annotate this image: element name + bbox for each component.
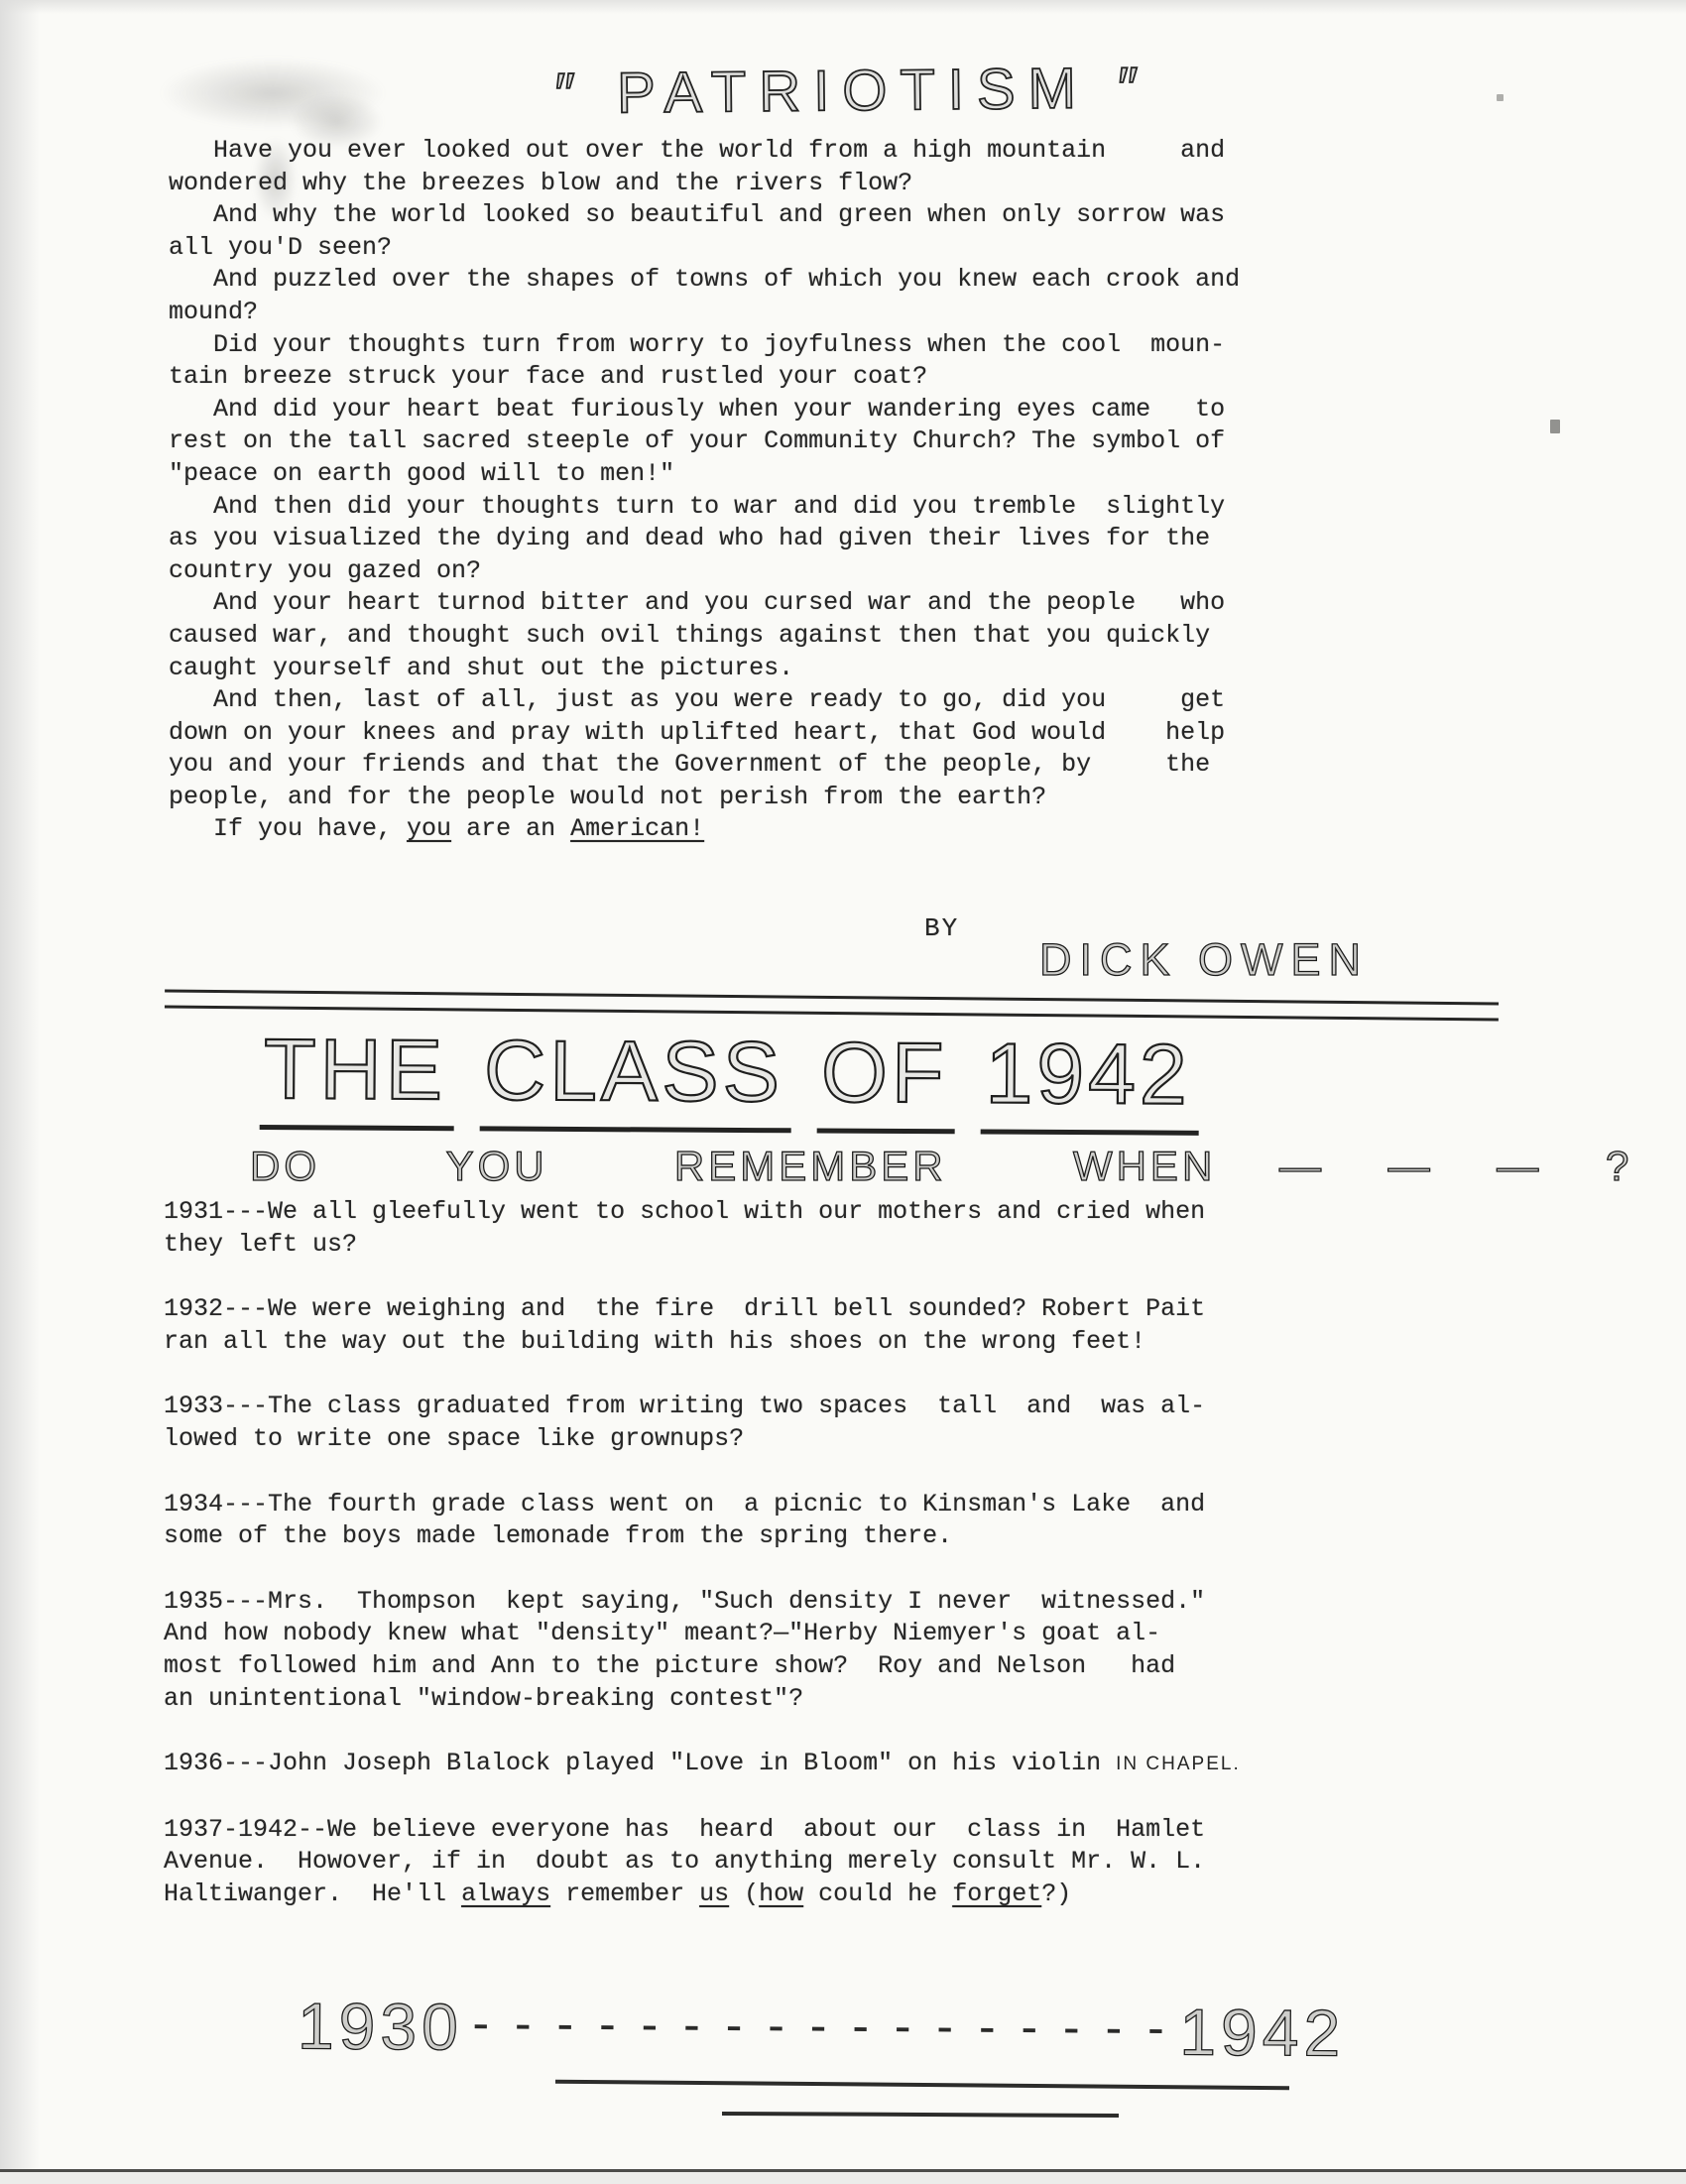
text-segment: ?) [1041, 1880, 1071, 1908]
text-line: 1933---The class graduated from writing … [164, 1391, 1241, 1423]
text-line: they left us? [164, 1229, 1241, 1262]
text-segment: they left us? [164, 1230, 357, 1259]
timeline-underline-short [722, 2112, 1119, 2118]
byline-label: BY [924, 912, 959, 945]
memories-list: 1931---We all gleefully went to school w… [164, 1196, 1241, 1944]
text-segment: 1931---We all gleefully went to school w… [164, 1197, 1205, 1226]
scan-speck [1497, 94, 1504, 101]
text-line: 1935---Mrs. Thompson kept saying, "Such … [164, 1586, 1241, 1619]
text-segment: country you gazed on? [169, 556, 481, 585]
memory-entry: 1935---Mrs. Thompson kept saying, "Such … [164, 1586, 1241, 1715]
handwritten-note: IN CHAPEL. [1116, 1754, 1241, 1774]
author-name: DICK OWEN [1039, 934, 1369, 986]
memory-entry: 1933---The class graduated from writing … [164, 1391, 1241, 1455]
text-line: Avenue. Howover, if in doubt as to anyth… [164, 1846, 1241, 1879]
text-line: 1936---John Joseph Blalock played "Love … [164, 1748, 1241, 1781]
text-segment: 1934---The fourth grade class went on a … [164, 1490, 1205, 1518]
text-segment: "peace on earth good will to men!" [169, 459, 674, 488]
text-segment: are an [451, 814, 570, 843]
text-segment: 1933---The class graduated from writing … [164, 1392, 1205, 1420]
text-line: lowed to write one space like grownups? [164, 1423, 1241, 1456]
text-segment: you and your friends and that the Govern… [169, 750, 1210, 779]
text-segment: most followed him and Ann to the picture… [164, 1651, 1175, 1680]
text-segment: rest on the tall sacred steeple of your … [169, 426, 1225, 455]
text-segment: And why the world looked so beautiful an… [169, 200, 1225, 229]
text-segment: ( [729, 1880, 759, 1908]
text-line: And then, last of all, just as you were … [169, 684, 1240, 717]
text-line: 1932---We were weighing and the fire dri… [164, 1293, 1241, 1326]
text-line: caused war, and thought such ovil things… [169, 620, 1240, 653]
text-segment: 1936---John Joseph Blalock played "Love … [164, 1749, 1116, 1777]
text-segment: And then, last of all, just as you were … [169, 685, 1225, 714]
patriotism-title: ″ PATRIOTISM ″ [476, 54, 1231, 128]
text-line: all you'D seen? [169, 232, 1240, 265]
text-segment: Did your thoughts turn from worry to joy… [169, 330, 1225, 359]
heading-word: 1942 [981, 1025, 1199, 1135]
memory-entry: 1931---We all gleefully went to school w… [164, 1196, 1241, 1261]
text-segment: And your heart turnod bitter and you cur… [169, 588, 1225, 617]
text-segment: could he [803, 1880, 952, 1908]
text-line: And your heart turnod bitter and you cur… [169, 587, 1240, 620]
text-line: most followed him and Ann to the picture… [164, 1650, 1241, 1683]
text-segment: mound? [169, 298, 258, 326]
text-segment: as you visualized the dying and dead who… [169, 524, 1210, 552]
text-line: And why the world looked so beautiful an… [169, 199, 1240, 232]
text-segment: remember [550, 1880, 699, 1908]
text-line: tain breeze struck your face and rustled… [169, 361, 1240, 394]
text-segment: tain breeze struck your face and rustled… [169, 362, 927, 391]
text-segment: 1932---We were weighing and the fire dri… [164, 1294, 1205, 1323]
text-line: Have you ever looked out over the world … [169, 135, 1240, 168]
text-segment: Haltiwanger. He'll [164, 1880, 461, 1908]
text-line: ran all the way out the building with hi… [164, 1326, 1241, 1359]
text-segment: an unintentional "window-breaking contes… [164, 1684, 803, 1713]
text-line: people, and for the people would not per… [169, 782, 1240, 814]
text-segment: ran all the way out the building with hi… [164, 1327, 1145, 1356]
text-segment: down on your knees and pray with uplifte… [169, 718, 1225, 747]
class-of-1942-heading: THECLASSOF1942 [260, 1021, 1225, 1136]
scan-speck [1550, 420, 1560, 433]
text-segment: caught yourself and shut out the picture… [169, 654, 793, 682]
text-line: as you visualized the dying and dead who… [169, 523, 1240, 555]
text-line: 1934---The fourth grade class went on a … [164, 1489, 1241, 1521]
timeline-start-year: 1930 [298, 1989, 463, 2063]
text-segment: wondered why the breezes blow and the ri… [169, 169, 912, 197]
text-segment: If you have, [169, 814, 407, 843]
text-line: mound? [169, 297, 1240, 329]
timeline-underline-long [555, 2080, 1289, 2090]
underlined-text: how [759, 1880, 803, 1908]
text-line: wondered why the breezes blow and the ri… [169, 168, 1240, 200]
scanned-document-page: ″ PATRIOTISM ″ Have you ever looked out … [0, 0, 1686, 2184]
scan-edge-bottom [0, 2169, 1686, 2184]
text-segment: some of the boys made lemonade from the … [164, 1521, 952, 1550]
text-segment: 1937-1942--We believe everyone has heard… [164, 1815, 1205, 1844]
text-line: Did your thoughts turn from worry to joy… [169, 329, 1240, 362]
text-line: an unintentional "window-breaking contes… [164, 1683, 1241, 1716]
memory-entry: 1932---We were weighing and the fire dri… [164, 1293, 1241, 1358]
text-segment: lowed to write one space like grownups? [164, 1424, 744, 1453]
text-line: some of the boys made lemonade from the … [164, 1520, 1241, 1553]
text-line: caught yourself and shut out the picture… [169, 653, 1240, 685]
heading-word: OF [817, 1024, 956, 1134]
text-line: If you have, you are an American! [169, 813, 1240, 846]
memory-entry: 1937-1942--We believe everyone has heard… [164, 1814, 1241, 1911]
underlined-text: American! [570, 814, 704, 843]
heading-word: CLASS [480, 1022, 792, 1133]
text-segment: And did your heart beat furiously when y… [169, 395, 1225, 424]
text-segment: And how nobody knew what "density" meant… [164, 1619, 1160, 1647]
text-line: And how nobody knew what "density" meant… [164, 1618, 1241, 1650]
timeline-dashes: - - - - - - - - - - - - - - - - - [472, 1996, 1170, 2056]
timeline-1930-1942: 1930 - - - - - - - - - - - - - - - - - 1… [298, 1988, 1346, 2070]
text-line: you and your friends and that the Govern… [169, 749, 1240, 782]
memory-entry: 1934---The fourth grade class went on a … [164, 1489, 1241, 1553]
patriotism-body: Have you ever looked out over the world … [169, 135, 1240, 846]
text-segment: And then did your thoughts turn to war a… [169, 492, 1225, 521]
underlined-text: us [699, 1880, 729, 1908]
text-segment: And puzzled over the shapes of towns of … [169, 265, 1240, 294]
text-line: down on your knees and pray with uplifte… [169, 717, 1240, 750]
heading-word: THE [260, 1021, 455, 1131]
text-line: 1937-1942--We believe everyone has heard… [164, 1814, 1241, 1847]
underlined-text: always [461, 1880, 550, 1908]
section-divider-rule [165, 990, 1499, 1022]
text-segment: 1935---Mrs. Thompson kept saying, "Such … [164, 1587, 1205, 1616]
scan-edge-left [0, 0, 40, 2184]
timeline-end-year: 1942 [1179, 1996, 1345, 2070]
text-line: Haltiwanger. He'll always remember us (h… [164, 1879, 1241, 1911]
underlined-text: you [407, 814, 451, 843]
text-line: And then did your thoughts turn to war a… [169, 491, 1240, 524]
underlined-text: forget [952, 1880, 1041, 1908]
text-segment: people, and for the people would not per… [169, 783, 1046, 811]
text-segment: Avenue. Howover, if in doubt as to anyth… [164, 1847, 1205, 1876]
scan-edge-top [0, 0, 1686, 14]
text-line: And puzzled over the shapes of towns of … [169, 264, 1240, 297]
text-segment: Have you ever looked out over the world … [169, 136, 1225, 165]
do-you-remember-subheading: DO YOU REMEMBER WHEN — — — ? ? ? ? [250, 1143, 1686, 1190]
text-segment: caused war, and thought such ovil things… [169, 621, 1210, 650]
text-segment: all you'D seen? [169, 233, 392, 262]
text-line: "peace on earth good will to men!" [169, 458, 1240, 491]
text-line: rest on the tall sacred steeple of your … [169, 425, 1240, 458]
text-line: 1931---We all gleefully went to school w… [164, 1196, 1241, 1229]
memory-entry: 1936---John Joseph Blalock played "Love … [164, 1748, 1241, 1781]
text-line: country you gazed on? [169, 555, 1240, 588]
text-line: And did your heart beat furiously when y… [169, 394, 1240, 426]
